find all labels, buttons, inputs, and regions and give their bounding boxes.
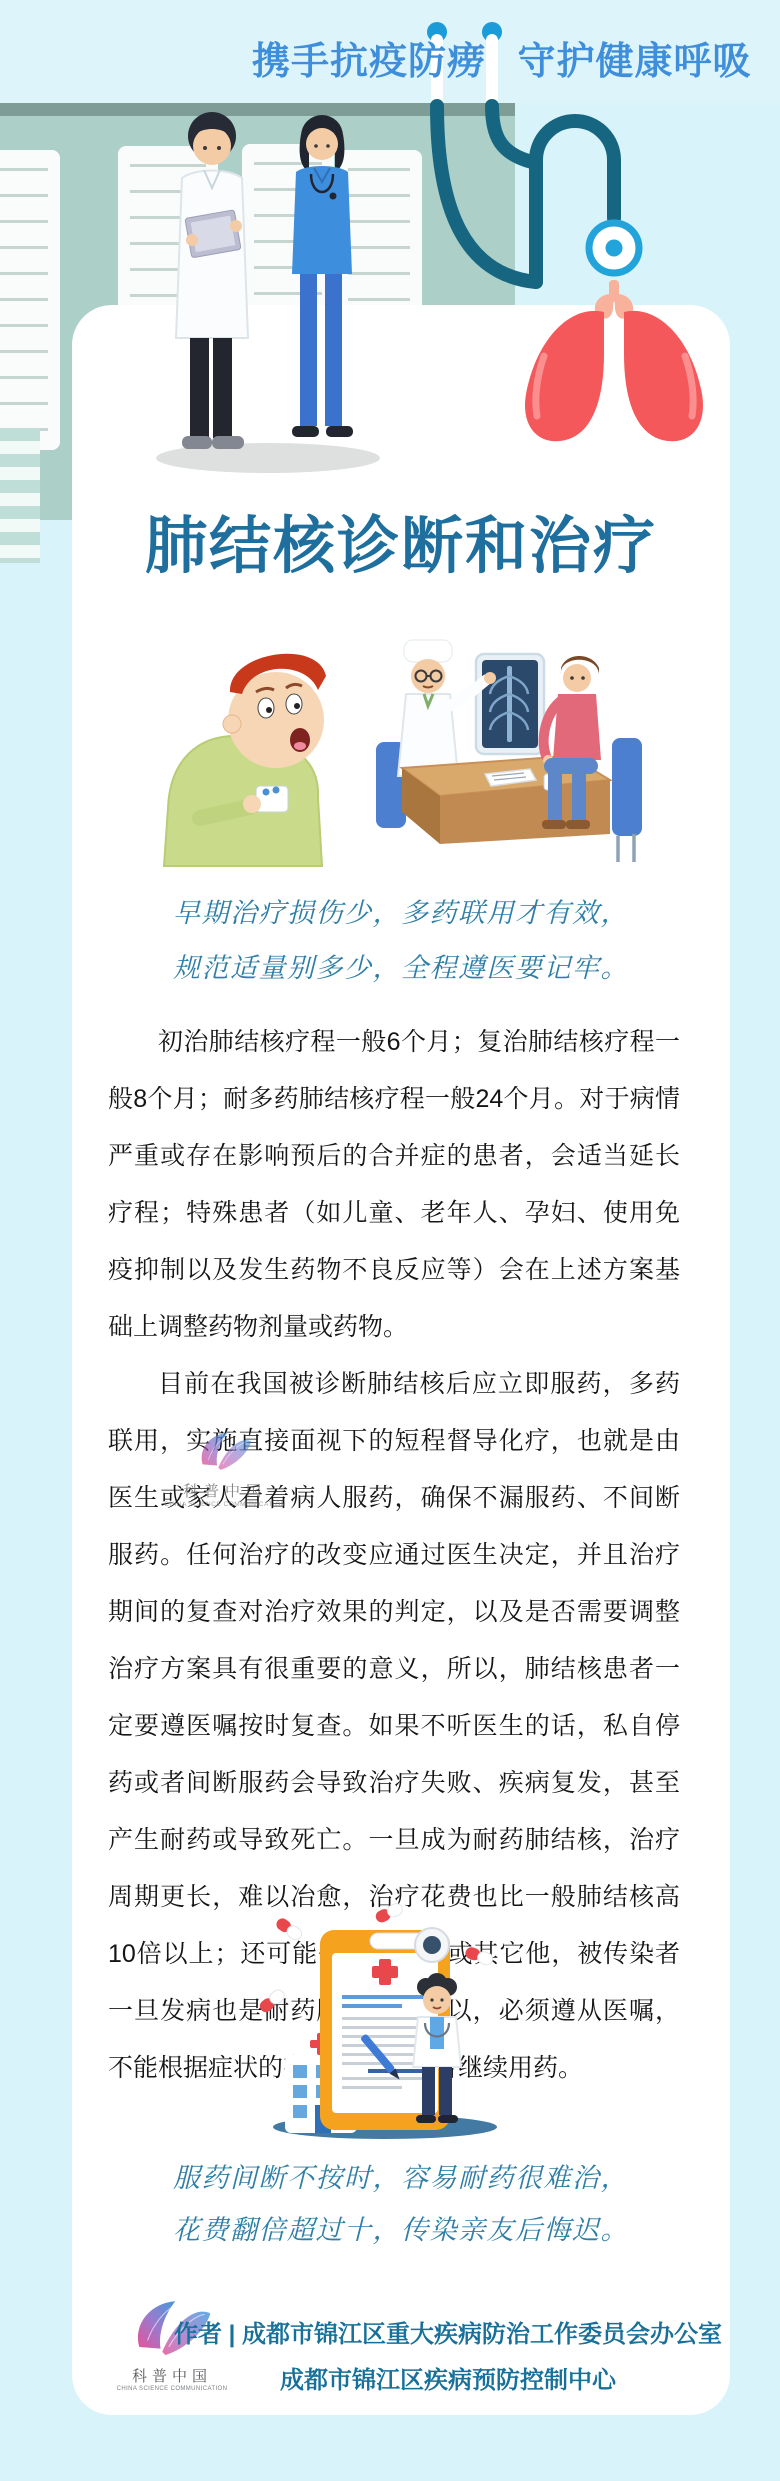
verse-line: 花费翻倍超过十，传染亲友后悔迟。 [72,2204,730,2256]
doctors-illustration [150,106,385,478]
paragraph-1: 初治肺结核疗程一般6个月；复治肺结核疗程一般8个月；耐多药肺结核疗程一般24个月… [108,1014,680,1356]
lungs-icon [512,278,717,450]
clinic-scene [376,640,642,862]
page-title: 肺结核诊断和治疗 [72,496,730,585]
nurse [292,115,353,437]
author-line-2: 成都市锦江区疾病预防控制中心 [168,2358,728,2404]
coughing-man [164,654,326,866]
verse-line: 早期治疗损伤少，多药联用才有效， [72,886,730,941]
record-card [0,150,60,450]
tb-health-poster: 携手抗疫防痨 守护健康呼吸 肺结核诊断和治疗 [0,0,780,2481]
consultation-illustration [140,628,680,873]
verse-line: 服药间断不按时，容易耐药很难治， [72,2152,730,2204]
footer-author: 作者 | 成都市锦江区重大疾病防治工作委员会办公室 成都市锦江区疾病预防控制中心 [168,2312,728,2404]
striped-chart-block [0,428,40,563]
header-slogan: 携手抗疫防痨 守护健康呼吸 [252,30,752,85]
pill-capsule [257,1987,286,2014]
male-doctor [176,112,248,449]
pill-capsule [374,1902,404,1925]
prescription-illustration [170,1895,610,2145]
pill-capsule [464,1946,494,1967]
verse-line: 规范适量别多少，全程遵医要记牢。 [72,941,730,996]
author-line-1: 作者 | 成都市锦江区重大疾病防治工作委员会办公室 [168,2312,728,2358]
verse-bottom: 服药间断不按时，容易耐药很难治， 花费翻倍超过十，传染亲友后悔迟。 [72,2152,730,2256]
verse-top: 早期治疗损伤少，多药联用才有效， 规范适量别多少，全程遵医要记牢。 [72,886,730,996]
pill-capsule [274,1916,304,1942]
